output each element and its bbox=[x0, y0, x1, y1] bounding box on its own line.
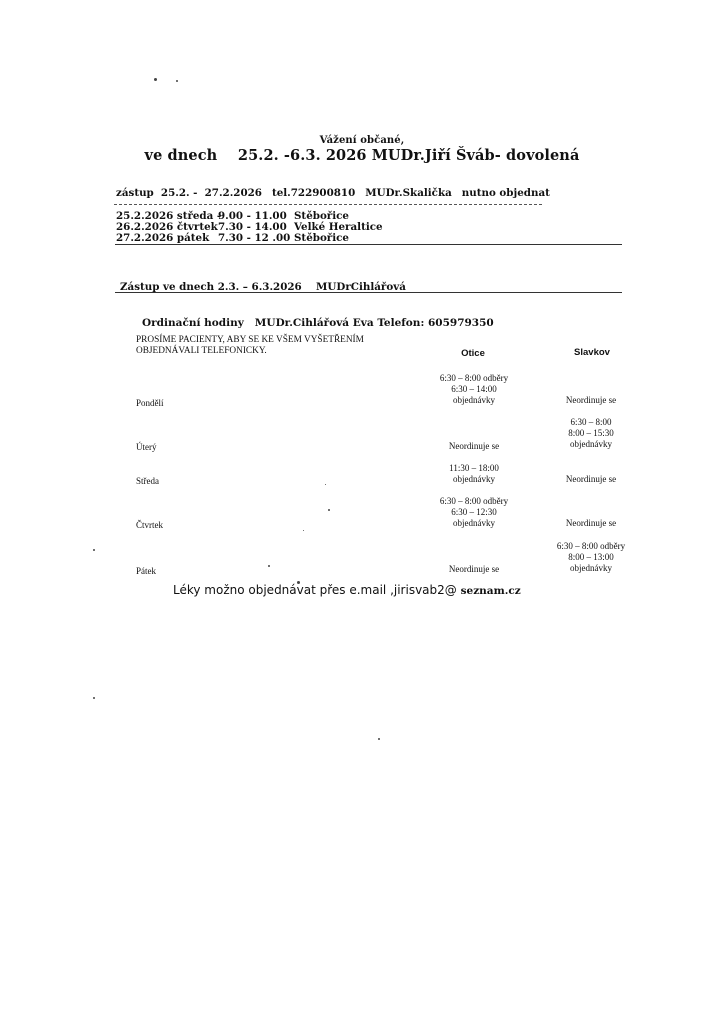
schedule-time: 7.30 - 12 .00 bbox=[218, 233, 290, 243]
schedule-date: 25.2.2026 středa - bbox=[116, 211, 221, 221]
day-label-monday: Pondělí bbox=[136, 398, 164, 408]
cell-line: objednávky bbox=[409, 518, 539, 529]
cell-friday-slavkov: 6:30 – 8:00 odběry 8:00 – 13:00 objednáv… bbox=[526, 541, 656, 574]
cell-line: 8:00 – 13:00 bbox=[526, 552, 656, 563]
email-domain: seznam.cz bbox=[461, 585, 521, 597]
dashed-divider bbox=[114, 204, 542, 205]
cell-line: 6:30 – 8:00 odběry bbox=[409, 496, 539, 507]
cell-line: 8:00 – 15:30 bbox=[526, 428, 656, 439]
scan-speck bbox=[328, 509, 330, 511]
patient-notice: PROSÍME PACIENTY, ABY SE KE VŠEM VYŠETŘE… bbox=[136, 335, 406, 357]
medication-order-text: Léky možno objednávat přes e.mail ,jiris… bbox=[173, 583, 461, 597]
substitute-1-line: zástup 25.2. - 27.2.2026tel.722900810MUD… bbox=[116, 187, 550, 199]
substitute-1-doctor: MUDr.Skalička bbox=[365, 187, 452, 199]
cell-line: 6:30 – 8:00 odběry bbox=[409, 373, 539, 384]
cell-wednesday-slavkov: Neordinuje se bbox=[526, 474, 656, 485]
scan-speck bbox=[303, 530, 304, 531]
cell-line: Neordinuje se bbox=[526, 395, 656, 406]
cell-monday-otice: 6:30 – 8:00 odběry 6:30 – 14:00 objednáv… bbox=[409, 373, 539, 406]
cell-line: 6:30 – 12:30 bbox=[409, 507, 539, 518]
cell-line: Neordinuje se bbox=[526, 474, 656, 485]
schedule-place: Velké Heraltice bbox=[294, 222, 383, 232]
substitute-1-label: zástup 25.2. - 27.2.2026 bbox=[116, 187, 262, 199]
column-header-slavkov: Slavkov bbox=[537, 347, 647, 358]
substitute-1-note: nutno objednat bbox=[462, 187, 550, 199]
cell-line: objednávky bbox=[526, 563, 656, 574]
substitute-1-phone: tel.722900810 bbox=[272, 187, 355, 199]
cell-tuesday-otice: Neordinuje se bbox=[409, 441, 539, 452]
scan-speck bbox=[325, 484, 326, 485]
scan-speck bbox=[93, 549, 95, 551]
cell-thursday-slavkov: Neordinuje se bbox=[526, 518, 656, 529]
section-divider bbox=[115, 292, 622, 293]
cell-tuesday-slavkov: 6:30 – 8:00 8:00 – 15:30 objednávky bbox=[526, 417, 656, 450]
cell-line: 6:30 – 14:00 bbox=[409, 384, 539, 395]
scan-speck bbox=[154, 78, 157, 81]
schedule-time: 9.00 - 11.00 bbox=[218, 211, 287, 221]
cell-line: Neordinuje se bbox=[526, 518, 656, 529]
schedule-time: 7.30 - 14.00 bbox=[218, 222, 287, 232]
cell-line: Neordinuje se bbox=[409, 564, 539, 575]
scan-speck bbox=[93, 697, 95, 699]
column-header-otice: Otice bbox=[418, 348, 528, 359]
schedule-place: Stěbořice bbox=[294, 211, 349, 221]
document-title: ve dnech 25.2. -6.3. 2026 MUDr.Jiří Šváb… bbox=[0, 147, 724, 164]
schedule-date: 27.2.2026 pátek bbox=[116, 233, 209, 243]
scan-speck bbox=[268, 565, 270, 567]
notice-line: OBJEDNÁVALI TELEFONICKY. bbox=[136, 346, 406, 357]
cell-line: objednávky bbox=[526, 439, 656, 450]
cell-line: objednávky bbox=[409, 474, 539, 485]
cell-friday-otice: Neordinuje se bbox=[409, 564, 539, 575]
cell-line: Neordinuje se bbox=[409, 441, 539, 452]
cell-line: 6:30 – 8:00 odběry bbox=[526, 541, 656, 552]
cell-line: 6:30 – 8:00 bbox=[526, 417, 656, 428]
cell-line: objednávky bbox=[409, 395, 539, 406]
schedule-place: Stěbořice bbox=[294, 233, 349, 243]
notice-line: PROSÍME PACIENTY, ABY SE KE VŠEM VYŠETŘE… bbox=[136, 335, 406, 346]
scan-speck bbox=[378, 738, 380, 740]
day-label-tuesday: Úterý bbox=[136, 442, 157, 452]
day-label-thursday: Čtvrtek bbox=[136, 520, 163, 530]
scan-speck bbox=[176, 80, 178, 82]
cell-wednesday-otice: 11:30 – 18:00 objednávky bbox=[409, 463, 539, 485]
day-label-wednesday: Středa bbox=[136, 476, 159, 486]
greeting: Vážení občané, bbox=[0, 135, 724, 146]
medication-order-note: Léky možno objednávat přes e.mail ,jiris… bbox=[173, 583, 521, 597]
cell-line: 11:30 – 18:00 bbox=[409, 463, 539, 474]
cell-monday-slavkov: Neordinuje se bbox=[526, 395, 656, 406]
day-label-friday: Pátek bbox=[136, 566, 156, 576]
schedule-date: 26.2.2026 čtvrtek bbox=[116, 222, 218, 232]
office-hours-title: Ordinační hodiny MUDr.Cihlářová Eva Tele… bbox=[142, 317, 494, 329]
cell-thursday-otice: 6:30 – 8:00 odběry 6:30 – 12:30 objednáv… bbox=[409, 496, 539, 529]
section-divider bbox=[115, 244, 622, 245]
